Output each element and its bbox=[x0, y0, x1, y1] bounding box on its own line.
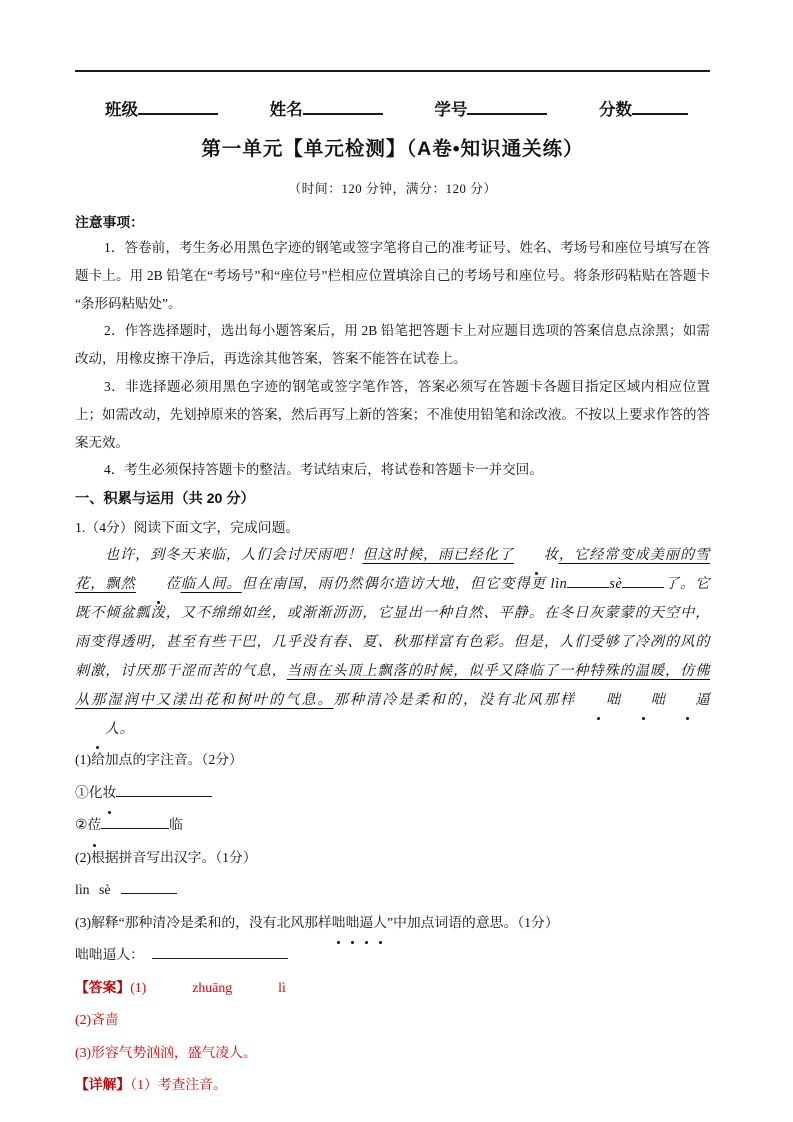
page-content: 班级 姓名 学号 分数 第一单元【单元检测】（A卷•知识通关练） （时间：120… bbox=[0, 70, 793, 1102]
answer-1-pinyin-2: lì bbox=[278, 980, 286, 995]
pinyin-answer-blank bbox=[121, 881, 177, 894]
field-student-number: 学号 bbox=[434, 96, 547, 120]
field-student-number-blank bbox=[467, 99, 547, 116]
sub-question-2-label: (2)根据拼音写出汉字。（1分） bbox=[75, 842, 710, 875]
passage-segment: 临人间。 bbox=[180, 576, 241, 592]
field-student-number-label: 学号 bbox=[434, 101, 467, 119]
section-heading: 一、积累与运用（共 20 分） bbox=[75, 485, 710, 514]
passage-segment: 。 bbox=[120, 721, 135, 737]
sub-question-1-label: (1)给加点的字注音。（2分） bbox=[75, 744, 710, 777]
passage-blank bbox=[622, 575, 664, 588]
field-name-blank bbox=[303, 99, 383, 116]
item-2-answer-blank bbox=[101, 816, 169, 829]
sub-3-answer-prompt: 咄咄逼人： bbox=[75, 947, 144, 962]
sub-3-suffix: ”中加点词语的意思。（1分） bbox=[387, 915, 559, 930]
answer-line-3: (3)形容气势汹汹，盛气凌人。 bbox=[75, 1037, 710, 1070]
sub-question-1-item-1: ①化妆 bbox=[75, 777, 710, 810]
field-name: 姓名 bbox=[270, 96, 383, 120]
question-1-stem: 1.（4分）阅读下面文字，完成问题。 bbox=[75, 514, 710, 541]
field-score: 分数 bbox=[599, 96, 688, 120]
field-score-label: 分数 bbox=[599, 101, 632, 119]
notice-item-2: 2．作答选择题时，选出每小题答案后，用 2B 铅笔把答题卡上对应题目选项的答案信… bbox=[75, 317, 710, 373]
notice-heading: 注意事项： bbox=[75, 212, 710, 234]
item-2-suffix: 临 bbox=[169, 817, 183, 832]
sub-3-prefix: (3)解释“那种清冷是柔和的，没有北风那样 bbox=[75, 915, 332, 930]
passage-blank bbox=[567, 575, 609, 588]
notice-item-4: 4．考生必须保持答题卡的整洁。考试结束后，将试卷和答题卡一并交回。 bbox=[75, 456, 710, 484]
passage-segment: 莅 bbox=[136, 576, 181, 592]
field-name-label: 姓名 bbox=[270, 101, 303, 119]
item-2-dotted-char: 莅 bbox=[87, 817, 101, 832]
explanation-line: 【详解】（1）考查注音。 bbox=[75, 1069, 710, 1102]
passage-segment: sè bbox=[609, 576, 622, 592]
item-2-prefix: ② bbox=[75, 817, 87, 832]
sub-question-3-answer-line: 咄咄逼人： bbox=[75, 939, 710, 972]
sub-question-3-label: (3)解释“那种清冷是柔和的，没有北风那样咄咄逼人”中加点词语的意思。（1分） bbox=[75, 907, 710, 940]
explanation-text: （1）考查注音。 bbox=[130, 1077, 227, 1092]
answer-label: 【答案】 bbox=[75, 980, 130, 995]
notice-item-3: 3．非选择题必须用黑色字迹的钢笔或签字笔作答，答案必须写在答题卡各题目指定区域内… bbox=[75, 373, 710, 456]
item-1-prefix: ①化 bbox=[75, 785, 103, 800]
header-rule bbox=[75, 70, 710, 72]
paper-subtitle: （时间：120 分钟，满分：120 分） bbox=[75, 178, 710, 197]
pinyin-prompt: lìn sè bbox=[75, 882, 111, 897]
field-score-blank bbox=[632, 99, 688, 116]
reading-passage: 也许，到冬天来临，人们会讨厌雨吧！但这时候，雨已经化了妆，它经常变成美丽的雪花，… bbox=[75, 541, 710, 744]
notice-item-1: 1．答卷前，考生务必用黑色字迹的钢笔或签字笔将自己的准考证号、姓名、考场号和座位… bbox=[75, 234, 710, 317]
sub-3-answer-blank bbox=[152, 946, 288, 959]
answer-line-1: 【答案】(1)zhuānglì bbox=[75, 972, 710, 1005]
paper-title: 第一单元【单元检测】（A卷•知识通关练） bbox=[75, 133, 710, 161]
passage-segment: 但在南国，雨仍然偶尔造访大地，但它变得更 lìn bbox=[242, 576, 568, 592]
field-class-label: 班级 bbox=[105, 101, 138, 119]
field-class-blank bbox=[138, 99, 218, 116]
passage-segment: 也许，到冬天来临，人们会讨厌雨吧！ bbox=[105, 547, 363, 563]
passage-segment: 那种清冷是柔和的，没有北风那样 bbox=[334, 692, 577, 708]
sub-3-dotted-word: 咄咄逼人 bbox=[332, 915, 387, 930]
item-1-dotted-char: 妆 bbox=[103, 785, 117, 800]
explanation-label: 【详解】 bbox=[75, 1077, 130, 1092]
answer-line-2: (2)吝啬 bbox=[75, 1004, 710, 1037]
item-1-answer-blank bbox=[116, 784, 212, 797]
student-info-row: 班级 姓名 学号 分数 bbox=[105, 96, 688, 120]
passage-segment: 但这时候，雨已经化了 bbox=[362, 547, 514, 563]
answer-1-pinyin-1: zhuāng bbox=[192, 980, 232, 995]
answer-1-number: (1) bbox=[130, 980, 146, 995]
sub-question-1-item-2: ②莅临 bbox=[75, 809, 710, 842]
sub-question-2-item: lìn sè bbox=[75, 874, 710, 907]
exam-paper-page: 班级 姓名 学号 分数 第一单元【单元检测】（A卷•知识通关练） （时间：120… bbox=[0, 0, 793, 1122]
passage-segment: 妆 bbox=[514, 547, 559, 563]
field-class: 班级 bbox=[105, 96, 218, 120]
